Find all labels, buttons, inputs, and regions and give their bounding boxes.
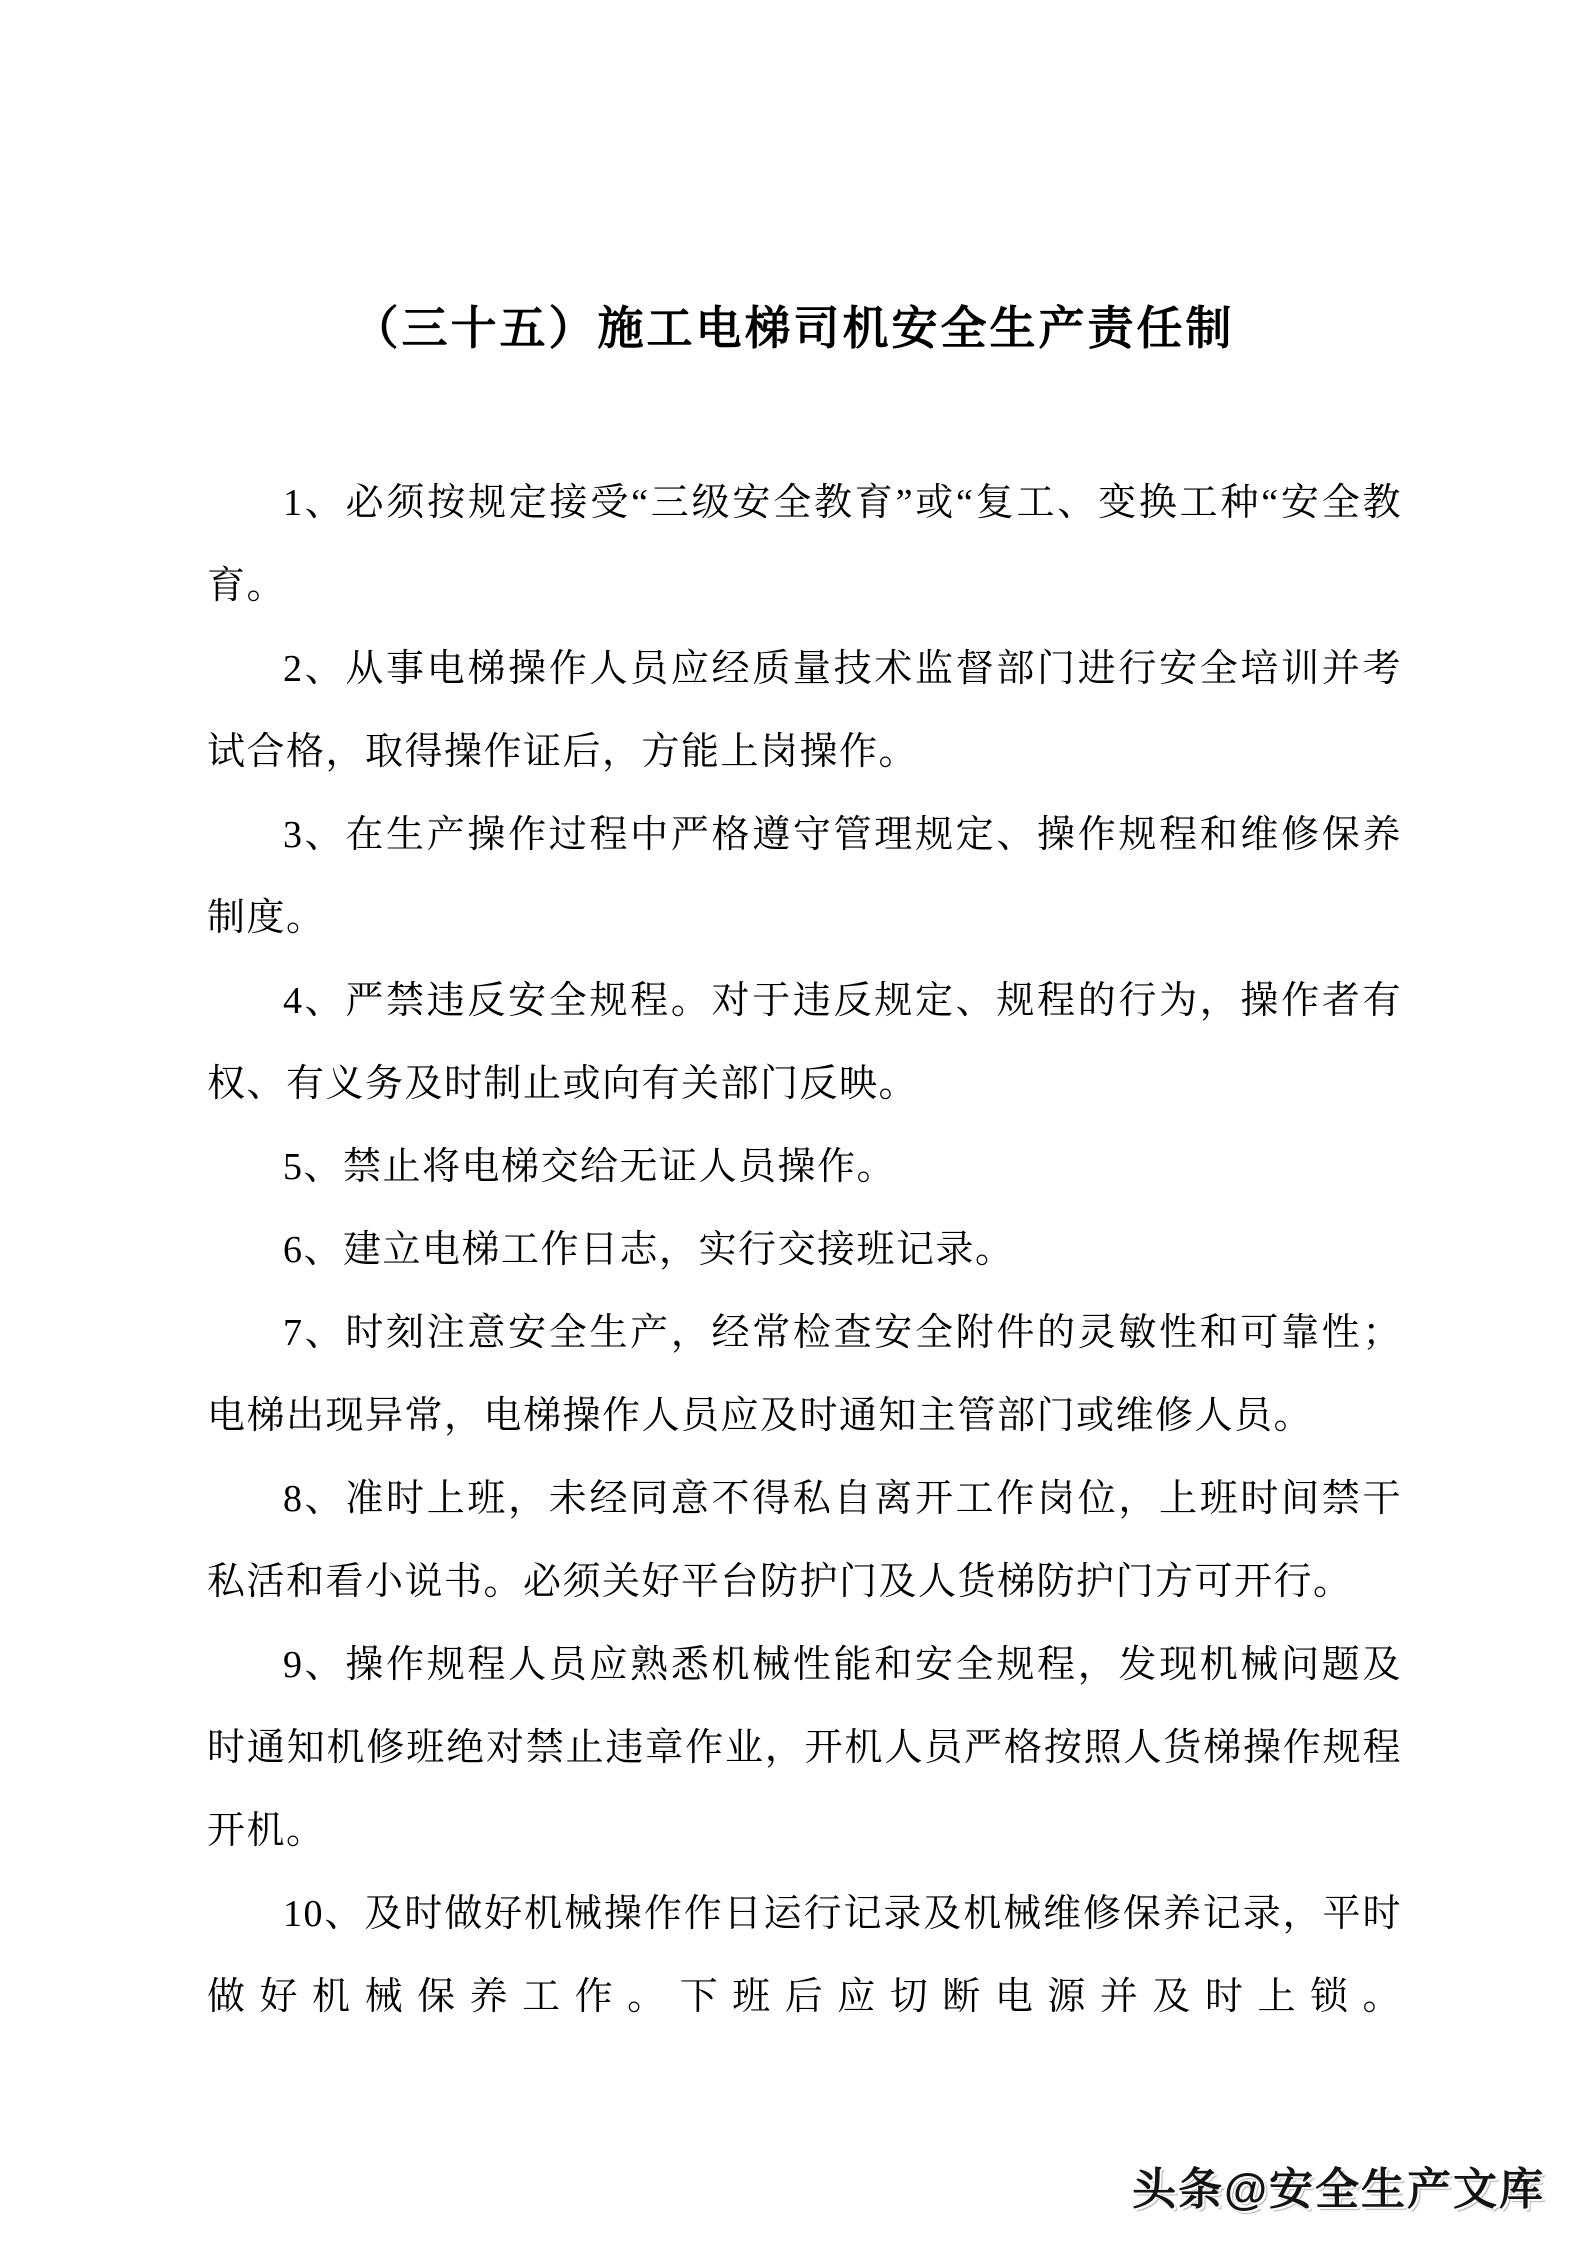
document-page: （三十五）施工电梯司机安全生产责任制 1、必须按规定接受“三级安全教育”或“复工… xyxy=(0,0,1587,2245)
paragraph: 7、时刻注意安全生产，经常检查安全附件的灵敏性和可靠性；电梯出现异常，电梯操作人… xyxy=(207,1292,1402,1458)
paragraph: 1、必须按规定接受“三级安全教育”或“复工、变换工种“安全教育。 xyxy=(207,462,1402,628)
paragraph: 3、在生产操作过程中严格遵守管理规定、操作规程和维修保养制度。 xyxy=(207,794,1402,960)
page-title: （三十五）施工电梯司机安全生产责任制 xyxy=(0,0,1587,358)
paragraph: 5、禁止将电梯交给无证人员操作。 xyxy=(207,1126,1402,1209)
watermark-text: 头条@安全生产文库 xyxy=(1132,2153,1545,2217)
paragraph: 10、及时做好机械操作作日运行记录及机械维修保养记录，平时做好机械保养工作。下班… xyxy=(207,1873,1402,2039)
paragraph: 2、从事电梯操作人员应经质量技术监督部门进行安全培训并考试合格，取得操作证后，方… xyxy=(207,628,1402,794)
paragraph: 9、操作规程人员应熟悉机械性能和安全规程，发现机械问题及时通知机修班绝对禁止违章… xyxy=(207,1624,1402,1873)
document-body: 1、必须按规定接受“三级安全教育”或“复工、变换工种“安全教育。2、从事电梯操作… xyxy=(207,462,1402,2039)
paragraph: 8、准时上班，未经同意不得私自离开工作岗位，上班时间禁干私活和看小说书。必须关好… xyxy=(207,1458,1402,1624)
paragraph: 6、建立电梯工作日志，实行交接班记录。 xyxy=(207,1209,1402,1292)
paragraph: 4、严禁违反安全规程。对于违反规定、规程的行为，操作者有权、有义务及时制止或向有… xyxy=(207,960,1402,1126)
